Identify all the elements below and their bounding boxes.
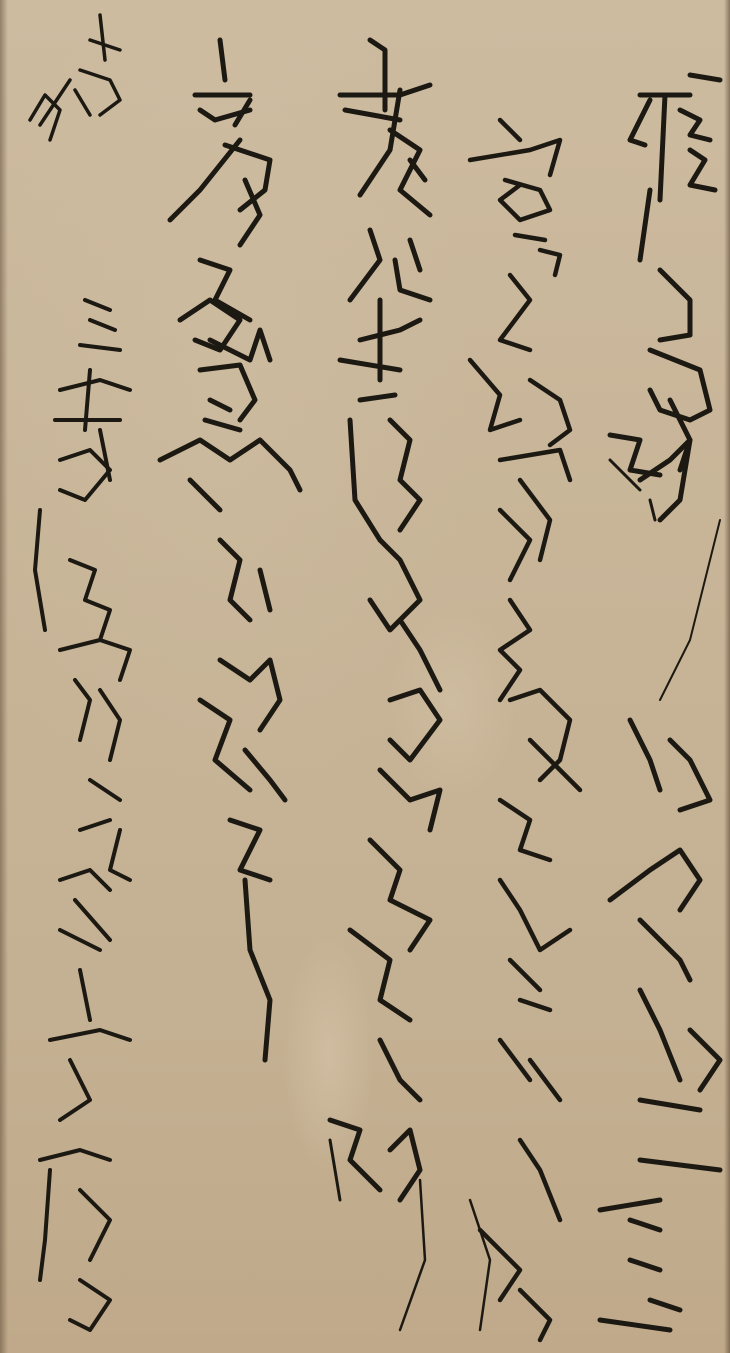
calligraphy-ink: [0, 0, 730, 1353]
column-6-signature: [30, 15, 120, 140]
calligraphy-scroll: [0, 0, 730, 1353]
column-4: [160, 40, 300, 1060]
column-3: [330, 40, 440, 1330]
column-2: [470, 120, 580, 1340]
column-1: [600, 75, 720, 1330]
column-5: [35, 300, 130, 1330]
